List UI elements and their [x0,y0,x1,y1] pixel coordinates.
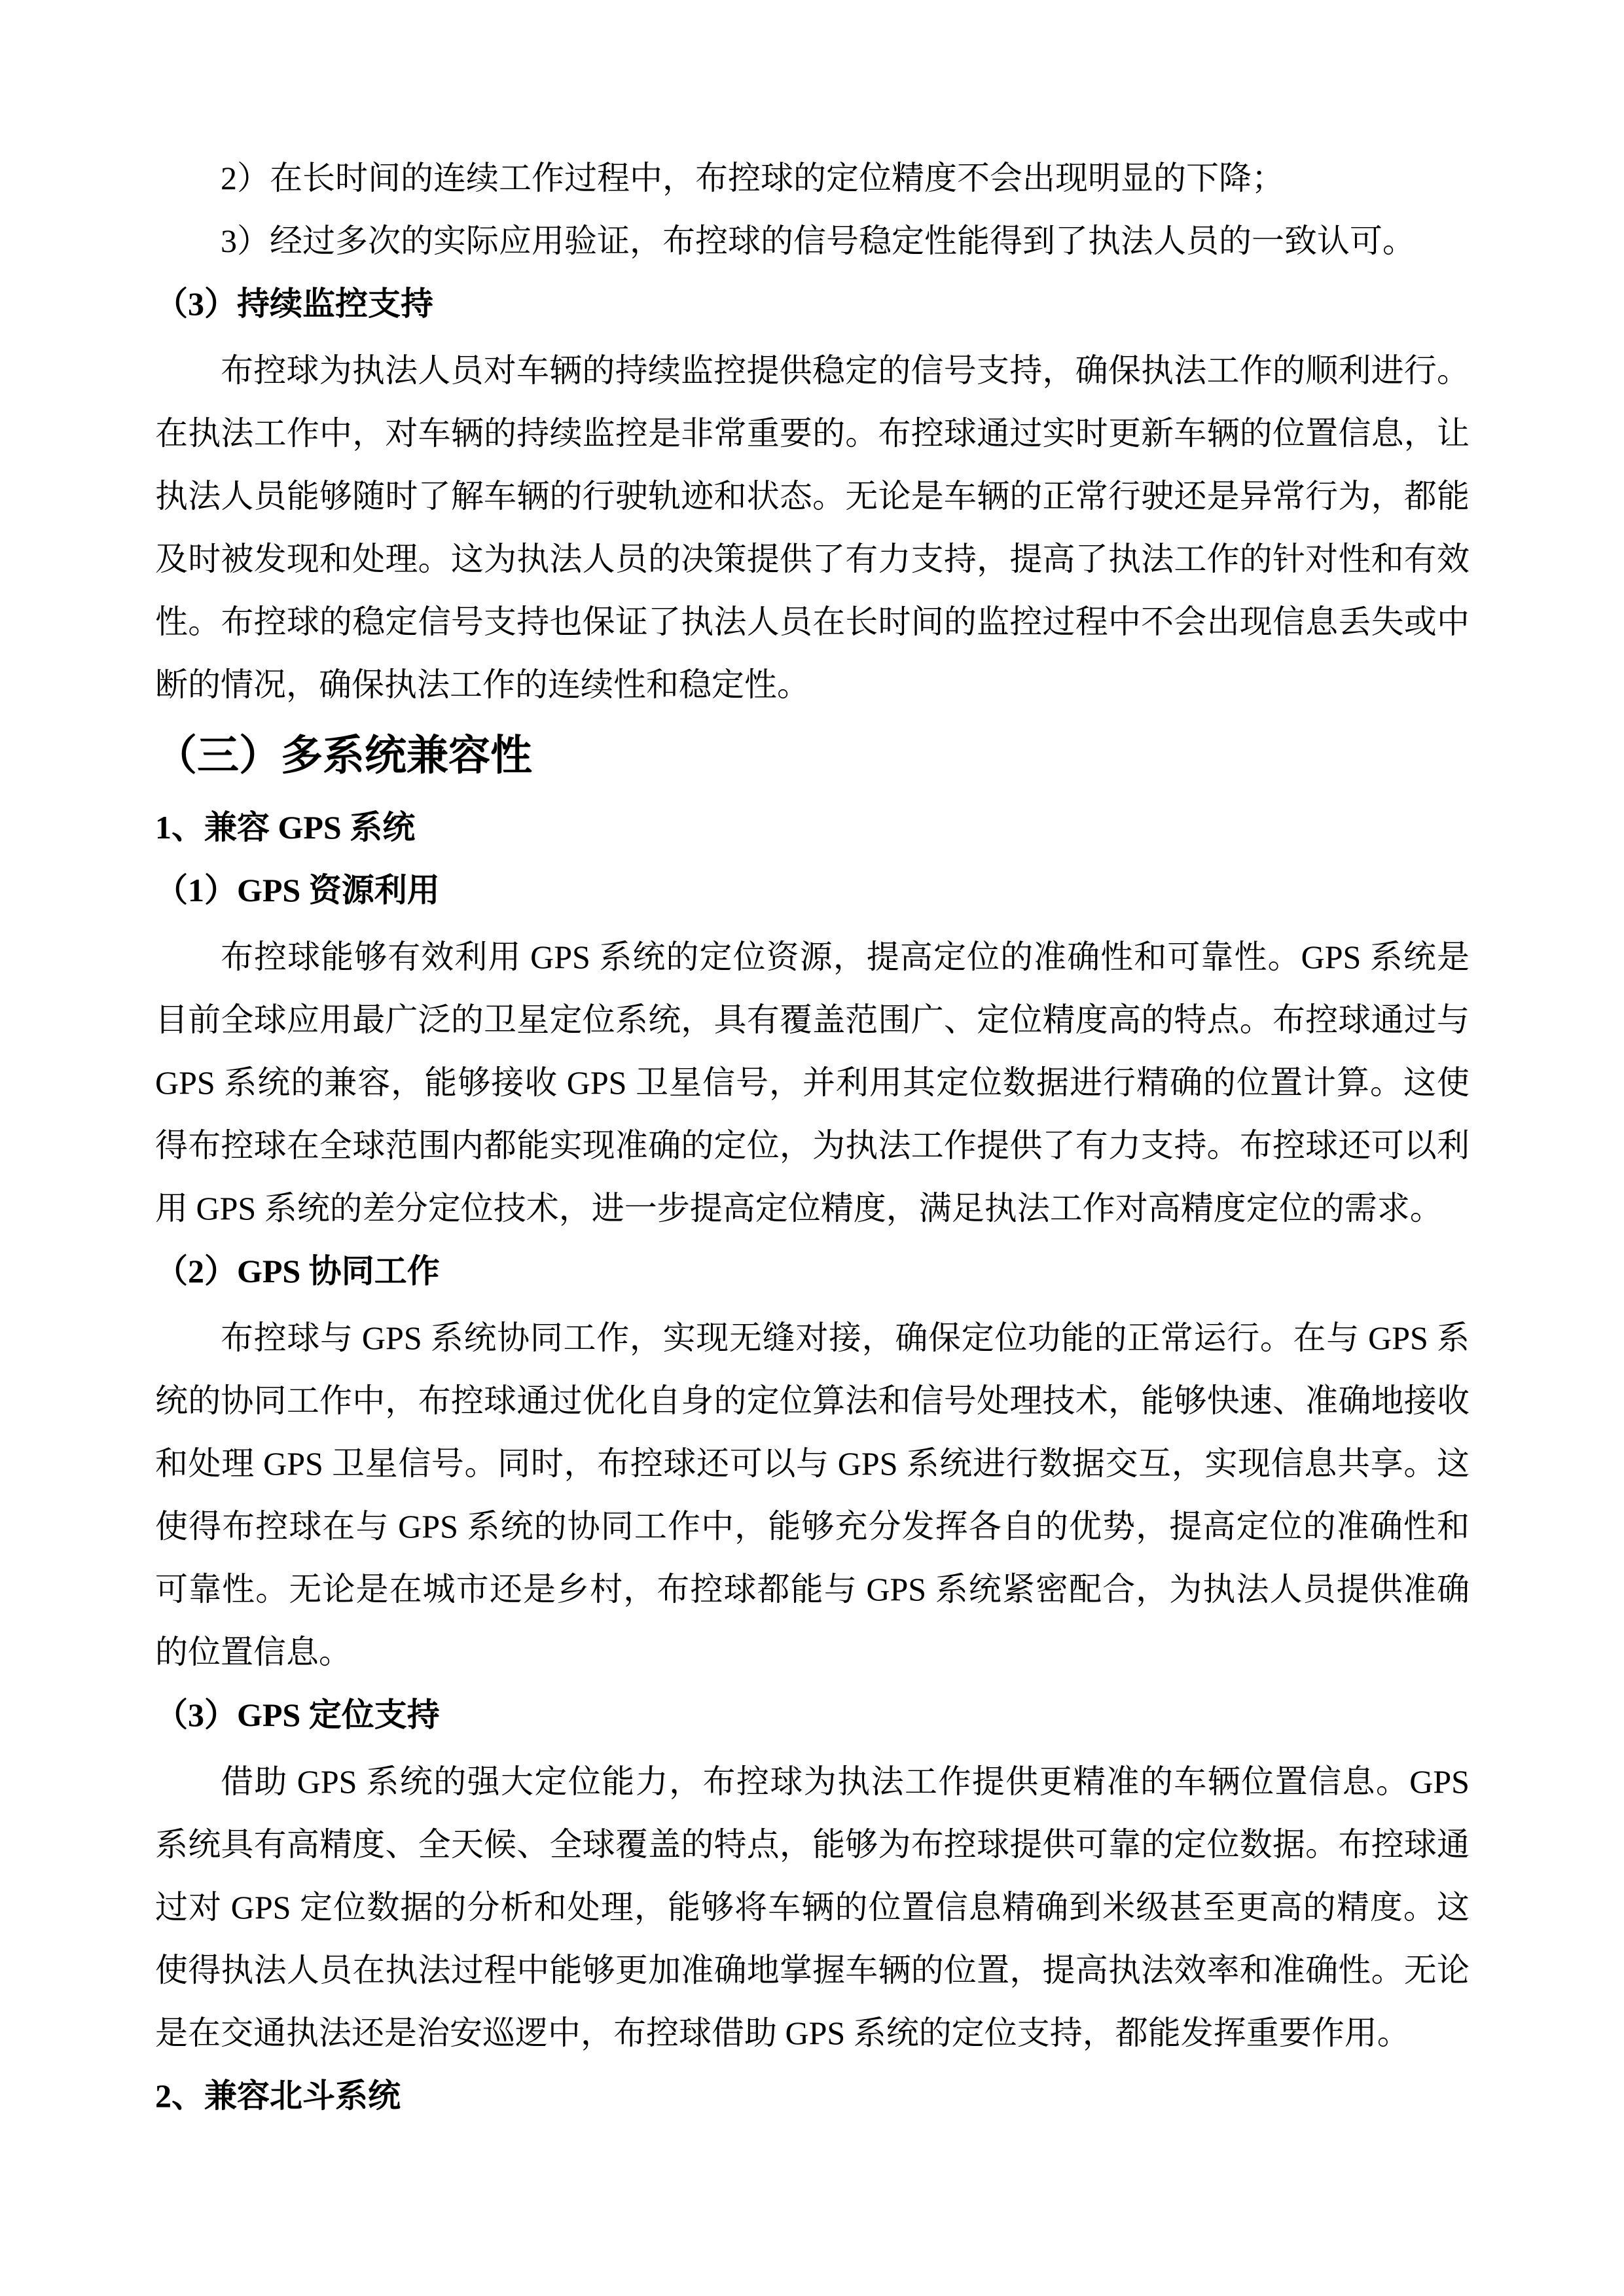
heading-gps-cooperative-work: （2）GPS 协同工作 [155,1240,1470,1302]
paragraph-gps-cooperative-work: 布控球与 GPS 系统协同工作，实现无缝对接，确保定位功能的正常运行。在与 GP… [155,1306,1470,1683]
list-item-positioning-accuracy: 2）在长时间的连续工作过程中，布控球的定位精度不会出现明显的下降； [155,147,1470,209]
heading-gps-compatibility: 1、兼容 GPS 系统 [155,796,1470,859]
heading-multi-system-compatibility: （三）多系统兼容性 [155,716,1470,796]
heading-gps-positioning-support: （3）GPS 定位支持 [155,1683,1470,1746]
paragraph-gps-resource-utilization: 布控球能够有效利用 GPS 系统的定位资源，提高定位的准确性和可靠性。GPS 系… [155,925,1470,1240]
list-item-signal-stability: 3）经过多次的实际应用验证，布控球的信号稳定性能得到了执法人员的一致认可。 [155,209,1470,272]
paragraph-continuous-monitoring: 布控球为执法人员对车辆的持续监控提供稳定的信号支持，确保执法工作的顺利进行。在执… [155,339,1470,716]
paragraph-gps-positioning-support: 借助 GPS 系统的强大定位能力，布控球为执法工作提供更精准的车辆位置信息。GP… [155,1750,1470,2064]
heading-continuous-monitoring-support: （3）持续监控支持 [155,272,1470,335]
heading-beidou-compatibility: 2、兼容北斗系统 [155,2064,1470,2127]
document-page: 2）在长时间的连续工作过程中，布控球的定位精度不会出现明显的下降； 3）经过多次… [0,0,1624,2296]
heading-gps-resource-utilization: （1）GPS 资源利用 [155,859,1470,922]
